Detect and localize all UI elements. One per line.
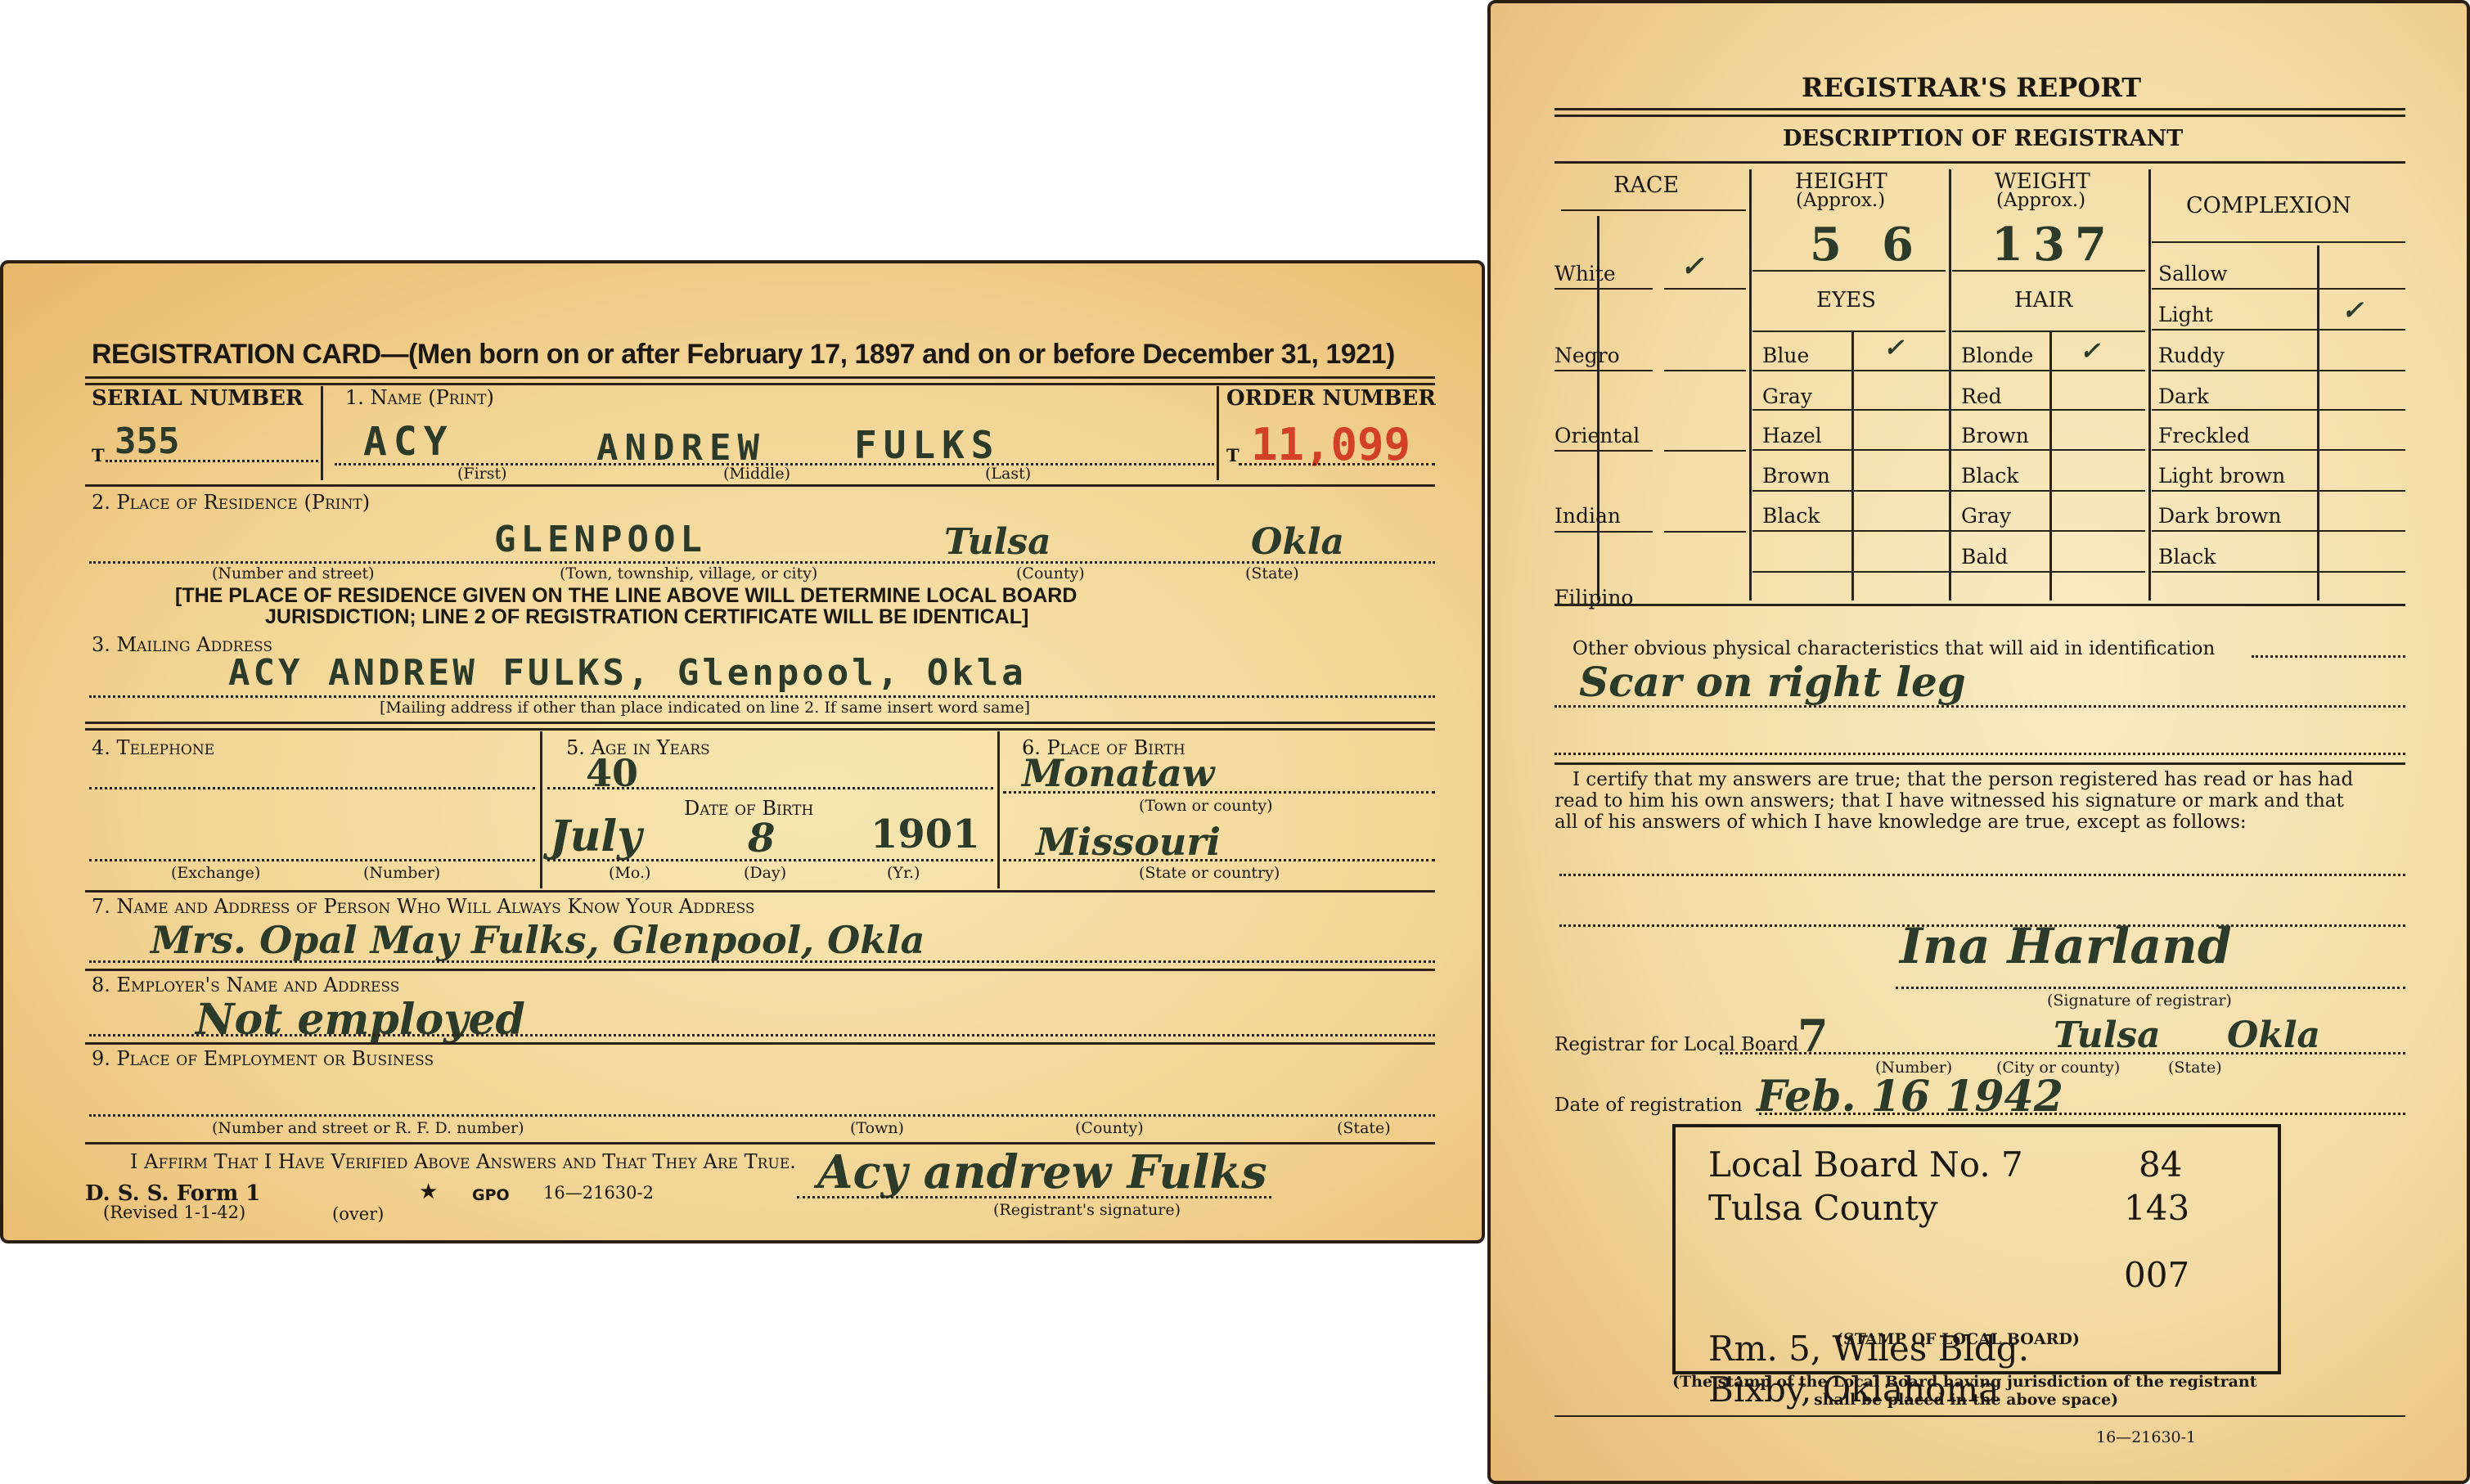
divider (1664, 531, 1746, 533)
employment-place-line (89, 1114, 1435, 1117)
registration-card-front: REGISTRATION CARD—(Men born on or after … (0, 260, 1485, 1243)
divider (2152, 370, 2405, 371)
eyes-option-blue: Blue (1762, 344, 1809, 367)
dob-day-value: 8 (748, 816, 775, 861)
weight-value: 137 (1991, 218, 2117, 272)
telephone-line2 (89, 859, 535, 861)
complexion-option-ruddy: Ruddy (2158, 344, 2225, 367)
race-check-icon: ✓ (1680, 250, 1704, 283)
hair-option-black: Black (1961, 464, 2018, 488)
serial-number-value: 355 (115, 420, 179, 462)
number-caption: (Number) (363, 864, 440, 882)
divider (2152, 571, 2405, 573)
height-inches-value: 6 (1882, 218, 1914, 272)
eyes-check-icon: ✓ (1883, 334, 1904, 362)
divider (1217, 386, 1219, 480)
contact-value: Mrs. Opal May Fulks, Glenpool, Okla (151, 918, 925, 962)
eyes-option-hazel: Hazel (1762, 424, 1822, 447)
residence-line (89, 561, 1435, 564)
star-icon: ★ (419, 1180, 438, 1204)
divider (1664, 288, 1746, 290)
certify-line2: read to him his own answers; that I have… (1554, 790, 2344, 812)
divider (2152, 329, 2405, 331)
complexion-option-dark-brown: Dark brown (2158, 504, 2282, 528)
divider (1664, 450, 1746, 452)
certify-line3: all of his answers of which I have knowl… (1554, 812, 2247, 833)
divider (1554, 108, 2405, 110)
exchange-caption: (Exchange) (171, 864, 260, 882)
complexion-check-icon: ✓ (2342, 295, 2364, 326)
divider (85, 1142, 1435, 1144)
divider (85, 1042, 1435, 1045)
serial-line (106, 460, 318, 462)
signature-caption: (Registrant's signature) (993, 1201, 1181, 1219)
other-line-end (2252, 655, 2405, 658)
stamp-line3: Rm. 5, Wiles Bldg. (1708, 1329, 2029, 1369)
birthplace-town-line (1003, 791, 1435, 794)
divider (1554, 288, 1653, 290)
employer-line (89, 1034, 1435, 1037)
complexion-option-sallow: Sallow (2158, 262, 2227, 286)
divider (2152, 241, 2405, 243)
dob-year-caption: (Yr.) (887, 864, 920, 882)
eyes-option-brown: Brown (1762, 464, 1830, 488)
divider (540, 731, 542, 888)
gpo-mark: GPO (472, 1186, 510, 1204)
divider (2317, 245, 2319, 600)
dob-day-caption: (Day) (744, 864, 786, 882)
employer-value: Not employed (196, 995, 525, 1045)
eyes-option-black: Black (1762, 504, 1820, 528)
divider (1554, 1415, 2405, 1417)
divider (1949, 169, 1951, 600)
complexion-option-light: Light (2158, 303, 2213, 326)
divider (85, 890, 1435, 893)
stamp-line1: Local Board No. 7 (1708, 1144, 2023, 1185)
order-number-label: ORDER NUMBER (1226, 386, 1436, 411)
middle-caption: (Middle) (723, 465, 790, 483)
dob-month-value: July (550, 812, 641, 861)
stamp-num2: 143 (2124, 1188, 2189, 1228)
mailing-caption: [Mailing address if other than place ind… (380, 699, 1030, 717)
divider (1752, 331, 1946, 332)
eyes-option-gray: Gray (1762, 384, 1812, 408)
divider (2148, 169, 2151, 600)
residence-county-value: Tulsa (944, 521, 1051, 563)
local-board-state: Okla (2227, 1014, 2320, 1056)
eyes-header: EYES (1816, 288, 1876, 313)
telephone-label: 4. Telephone (92, 736, 214, 759)
divider (1554, 115, 2405, 117)
description-title: DESCRIPTION OF REGISTRANT (1783, 126, 2183, 151)
mailing-address-value: ACY ANDREW FULKS, Glenpool, Okla (228, 652, 1027, 694)
residence-street-caption: (Number and street) (212, 564, 375, 582)
divider (1752, 449, 2145, 451)
complexion-option-light-brown: Light brown (2158, 464, 2285, 488)
divider (2152, 449, 2405, 451)
divider (2152, 490, 2405, 492)
height-feet-value: 5 (1810, 218, 1842, 272)
hair-option-red: Red (1961, 384, 2002, 408)
divider (1752, 270, 1946, 272)
order-prefix: T (1226, 445, 1239, 465)
report-title: REGISTRAR'S REPORT (1802, 72, 2141, 103)
divider (1752, 370, 2145, 371)
local-board-state-caption: (State) (2168, 1059, 2222, 1077)
affirm-statement: I Affirm That I Have Verified Above Answ… (130, 1150, 796, 1173)
gpo-code: 16—21630-2 (543, 1183, 654, 1203)
employment-town-caption: (Town) (850, 1119, 904, 1137)
birthplace-state-caption: (State or country) (1139, 864, 1280, 882)
hair-option-bald: Bald (1961, 545, 2008, 569)
mailing-line (89, 695, 1435, 698)
form-code: 16—21630-1 (2096, 1428, 2196, 1446)
divider (997, 731, 1000, 888)
divider (1561, 209, 1746, 211)
residence-county-caption: (County) (1016, 564, 1085, 582)
first-caption: (First) (457, 465, 507, 483)
employment-street-caption: (Number and street or R. F. D. number) (212, 1119, 524, 1137)
employment-county-caption: (County) (1075, 1119, 1144, 1137)
divider (1752, 490, 2145, 492)
date-of-registration-label: Date of registration (1554, 1095, 1743, 1116)
divider (1752, 530, 2145, 532)
residence-notice-line1: [THE PLACE OF RESIDENCE GIVEN ON THE LIN… (175, 584, 1077, 608)
employment-place-label: 9. Place of Employment or Business (92, 1047, 434, 1070)
other-line (1554, 705, 2405, 708)
divider (1554, 370, 1653, 371)
divider (1554, 450, 1653, 452)
divider (85, 969, 1435, 971)
divider (1752, 409, 2145, 411)
divider (85, 728, 1435, 731)
contact-line (89, 960, 1435, 963)
hair-option-brown: Brown (1961, 424, 2029, 447)
registrant-signature: Acy andrew Fulks (817, 1145, 1267, 1199)
stamp-note-line1: (The stamp of the Local Board having jur… (1672, 1373, 2257, 1391)
birthplace-state-line (1003, 859, 1435, 861)
divider (1554, 161, 2405, 164)
form-revised: (Revised 1-1-42) (103, 1203, 245, 1222)
over-note: (over) (332, 1204, 384, 1224)
serial-number-label: SERIAL NUMBER (92, 386, 304, 411)
divider (1554, 762, 2405, 765)
last-caption: (Last) (985, 465, 1031, 483)
divider (85, 376, 1435, 379)
residence-state-caption: (State) (1245, 564, 1299, 582)
divider (2152, 409, 2405, 411)
hair-check-icon: ✓ (2080, 337, 2100, 366)
other-characteristics-label: Other obvious physical characteristics t… (1572, 638, 2215, 659)
residence-state-value: Okla (1251, 521, 1344, 563)
birthplace-town-caption: (Town or county) (1139, 797, 1273, 815)
date-line (1759, 1113, 2405, 1115)
certify-line1: I certify that my answers are true; that… (1572, 769, 2353, 790)
hair-header: HAIR (2014, 288, 2072, 313)
other-line (1554, 753, 2405, 755)
order-line (1239, 463, 1435, 465)
divider (85, 722, 1435, 724)
race-option-negro: Negro (1554, 344, 1620, 367)
divider (1554, 604, 2405, 606)
birthplace-state-value: Missouri (1036, 820, 1221, 864)
divider (321, 386, 323, 480)
name-first-value: ACY (363, 419, 454, 465)
telephone-line1 (89, 787, 535, 789)
residence-town-caption: (Town, township, village, or city) (560, 564, 817, 582)
stamp-num1: 84 (2139, 1144, 2182, 1185)
divider (85, 383, 1435, 385)
race-option-indian: Indian (1554, 504, 1621, 528)
dob-month-caption: (Mo.) (609, 864, 650, 882)
birthplace-town-value: Monataw (1022, 751, 1215, 795)
stamp-num3: 007 (2124, 1255, 2189, 1295)
other-characteristics-value: Scar on right leg (1579, 658, 1966, 706)
race-header: RACE (1613, 173, 1679, 198)
name-last-value: FULKS (854, 423, 1000, 467)
registrar-signature: Ina Harland (1900, 918, 2232, 975)
hair-option-gray: Gray (1961, 504, 2011, 528)
registrar-signature-caption: (Signature of registrar) (2047, 992, 2232, 1010)
registrar-signature-line (1896, 987, 2405, 989)
employment-state-caption: (State) (1337, 1119, 1391, 1137)
employer-label: 8. Employer's Name and Address (92, 974, 399, 996)
divider (1749, 169, 1752, 600)
divider (1554, 531, 1653, 533)
exceptions-line (1559, 874, 2405, 876)
residence-town-value: GLENPOOL (494, 519, 707, 560)
stamp-note-line2: shall be placed in the above space) (1814, 1391, 2118, 1409)
divider (1664, 370, 1746, 371)
hair-option-blonde: Blonde (1961, 344, 2033, 367)
race-option-oriental: Oriental (1554, 424, 1640, 447)
serial-prefix: T (92, 445, 105, 465)
complexion-option-freckled: Freckled (2158, 424, 2250, 447)
dob-line (547, 859, 993, 861)
name-label: 1. Name (Print) (345, 386, 494, 409)
local-board-line (1720, 1052, 2405, 1055)
race-option-white: White (1554, 262, 1616, 286)
complexion-option-dark: Dark (2158, 384, 2209, 408)
signature-line (797, 1196, 1271, 1198)
divider (2152, 288, 2405, 290)
stamp-line2: Tulsa County (1708, 1188, 1938, 1228)
age-line (547, 787, 993, 789)
dob-year-value: 1901 (871, 812, 980, 857)
residence-label: 2. Place of Residence (Print) (92, 491, 370, 514)
registrar-report-back: REGISTRAR'S REPORT DESCRIPTION OF REGIST… (1487, 0, 2470, 1484)
local-board-city: Tulsa (2054, 1014, 2161, 1056)
divider (2152, 530, 2405, 532)
divider (1952, 270, 2145, 272)
height-approx: (Approx.) (1796, 190, 1885, 211)
contact-label: 7. Name and Address of Person Who Will A… (92, 895, 755, 918)
complexion-option-black: Black (2158, 545, 2216, 569)
complexion-header: COMPLEXION (2186, 193, 2351, 218)
card-title: REGISTRATION CARD—(Men born on or after … (92, 339, 1395, 371)
divider (1752, 571, 2145, 573)
weight-approx: (Approx.) (1996, 190, 2085, 211)
divider (85, 484, 1435, 487)
divider (1952, 331, 2145, 332)
residence-notice-line2: JURISDICTION; LINE 2 OF REGISTRATION CER… (265, 605, 1028, 629)
